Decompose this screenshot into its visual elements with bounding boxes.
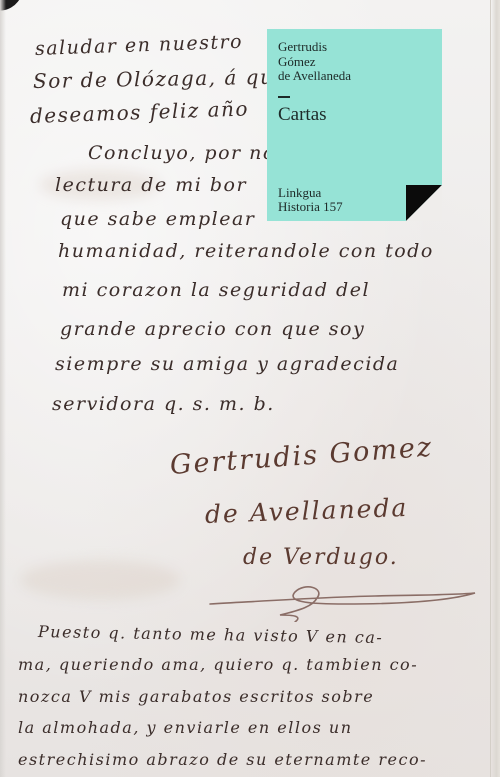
publisher-info: Linkgua Historia 157 <box>278 186 343 214</box>
handwritten-line: servidora q. s. m. b. <box>52 393 275 415</box>
paper-stain <box>20 560 180 600</box>
handwritten-line: que sabe emplear <box>60 208 255 230</box>
handwritten-line: Concluyo, por no <box>88 142 276 164</box>
author-line-1: Gertrudis <box>278 40 351 55</box>
page-edge-right <box>490 0 500 777</box>
handwritten-line: Sor de Olózaga, á qu <box>33 65 275 93</box>
author-line-3: de Avellaneda <box>278 69 351 84</box>
title-panel: Gertrudis Gómez de Avellaneda Cartas Lin… <box>267 29 442 221</box>
handwritten-line: Puesto q. tanto me ha visto V en ca- <box>38 622 384 647</box>
page-edge-left <box>0 0 6 777</box>
page-fold-icon <box>406 185 442 221</box>
handwritten-line: humanidad, reiterandole con todo <box>58 240 434 262</box>
author-name: Gertrudis Gómez de Avellaneda <box>278 40 351 84</box>
publisher-name: Linkgua <box>278 186 343 200</box>
handwritten-line: la almohada, y enviarle en ellos un <box>18 718 353 737</box>
series-name: Historia 157 <box>278 200 343 214</box>
handwritten-line: ma, queriendo ama, quiero q. tambien co- <box>18 655 418 674</box>
handwritten-line: deseamos feliz año <box>30 96 250 128</box>
handwritten-line: grande aprecio con que soy <box>60 318 365 340</box>
signature-line: de Avellaneda <box>204 493 408 529</box>
title-divider <box>278 96 290 98</box>
book-cover: saludar en nuestroSor de Olózaga, á qude… <box>0 0 500 777</box>
handwritten-line: saludar en nuestro <box>35 31 244 60</box>
handwritten-line: estrechisimo abrazo de su eternamte reco… <box>18 750 427 769</box>
book-title: Cartas <box>278 104 327 126</box>
author-line-2: Gómez <box>278 55 351 70</box>
handwritten-line: lectura de mi bor <box>55 174 247 196</box>
handwritten-line: nozca V mis garabatos escritos sobre <box>18 687 374 706</box>
handwritten-line: siempre su amiga y agradecida <box>55 353 399 375</box>
signature-flourish <box>205 582 480 622</box>
signature-line: de Verdugo. <box>243 545 399 570</box>
signature-line: Gertrudis Gomez <box>169 432 434 481</box>
handwritten-line: mi corazon la seguridad del <box>62 279 370 301</box>
